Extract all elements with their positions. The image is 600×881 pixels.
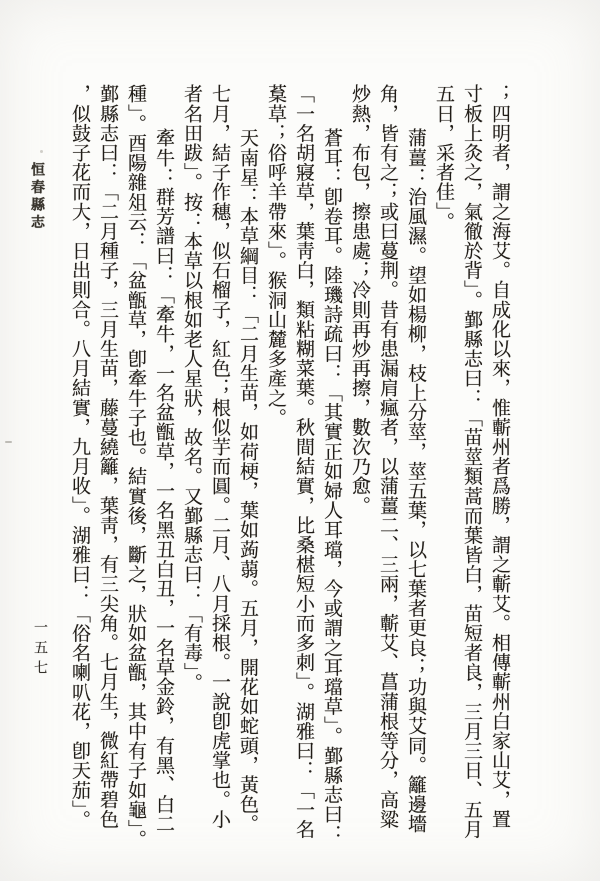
text-column-9: 葈草；俗呼羊帶來」。猴洞山麓多產之。 <box>262 84 290 832</box>
text-column-10-entry-tiannanxing: 天南星：本草綱目：「二月生苗，如荷梗，葉如蒟蒻。五月，開花如蛇頭，黃色。 <box>234 84 262 832</box>
page-number: 一五七 <box>30 620 50 680</box>
scan-speck <box>5 441 12 443</box>
text-column-11: 七月，結子作穗，似石榴子，紅色；根似芋而圓。二月、八月採根。一說卽虎掌也。小 <box>206 84 234 832</box>
text-column-3: 五日，采者佳」。 <box>430 84 458 832</box>
margin-book-title: 恒春縣志 <box>27 162 47 232</box>
scan-speck <box>40 150 43 153</box>
text-column-5: 角，皆有之；或曰蔓荆。昔有患漏肩瘋者，以蒲薑二、三兩，蘄艾、菖蒲根等分，高粱 <box>374 84 402 832</box>
text-column-13-entry-qianniu: 牽牛：群芳譜曰：「牽牛，一名盆甑草，一名黑丑白丑，一名草金鈴，有黑、白二 <box>150 84 178 832</box>
main-text-block: ；四明者，謂之海艾。自成化以來，惟蘄州者爲勝，謂之蘄艾。相傳蘄州白家山艾，置 寸… <box>66 84 514 832</box>
text-column-2: 寸板上灸之，氣徹於背」。鄞縣志曰：「苗莖類蒿而葉皆白，苗短者良，三月三日、五月 <box>458 84 486 832</box>
text-column-12: 者名田跋」。按：本草以根如老人星狀，故名。又鄞縣志曰：「有毒」。 <box>178 84 206 832</box>
text-column-16: ，似鼓子花而大，日出則合。八月結實，九月收」。湖雅曰：「俗名喇叭花，卽天茄」。 <box>66 84 94 832</box>
text-column-14: 種」。酉陽雜俎云：「盆甑草，卽牽牛子也。結實後，斷之，狀如盆甑，其中有子如龜」。 <box>122 84 150 832</box>
text-column-8: 「一名胡寢草，葉靑白，類粘糊菜葉。秋間結實，比桑椹短小而多刺」。湖雅曰：「一名 <box>290 84 318 832</box>
text-column-15: 鄞縣志曰：「二月種子，三月生苗，藤蔓繞籬，葉靑，有三尖角。七月生，微紅帶碧色 <box>94 84 122 832</box>
text-column-1: ；四明者，謂之海艾。自成化以來，惟蘄州者爲勝，謂之蘄艾。相傳蘄州白家山艾，置 <box>486 84 514 832</box>
scanned-book-page: 恒春縣志 一五七 ；四明者，謂之海艾。自成化以來，惟蘄州者爲勝，謂之蘄艾。相傳蘄… <box>0 0 600 881</box>
text-column-4-entry-pujiang: 蒲薑：治風濕。望如楊柳，枝上分莖，莖五葉，以七葉者更良；功與艾同。籬邊墻 <box>402 84 430 832</box>
text-column-6: 炒熱，布包，擦患處；冷則再炒再擦，數次乃愈。 <box>346 84 374 832</box>
text-column-7-entry-canger: 蒼耳：卽卷耳。陸璣詩疏曰：「其實正如婦人耳璫，今或謂之耳璫草」。鄞縣志曰： <box>318 84 346 832</box>
